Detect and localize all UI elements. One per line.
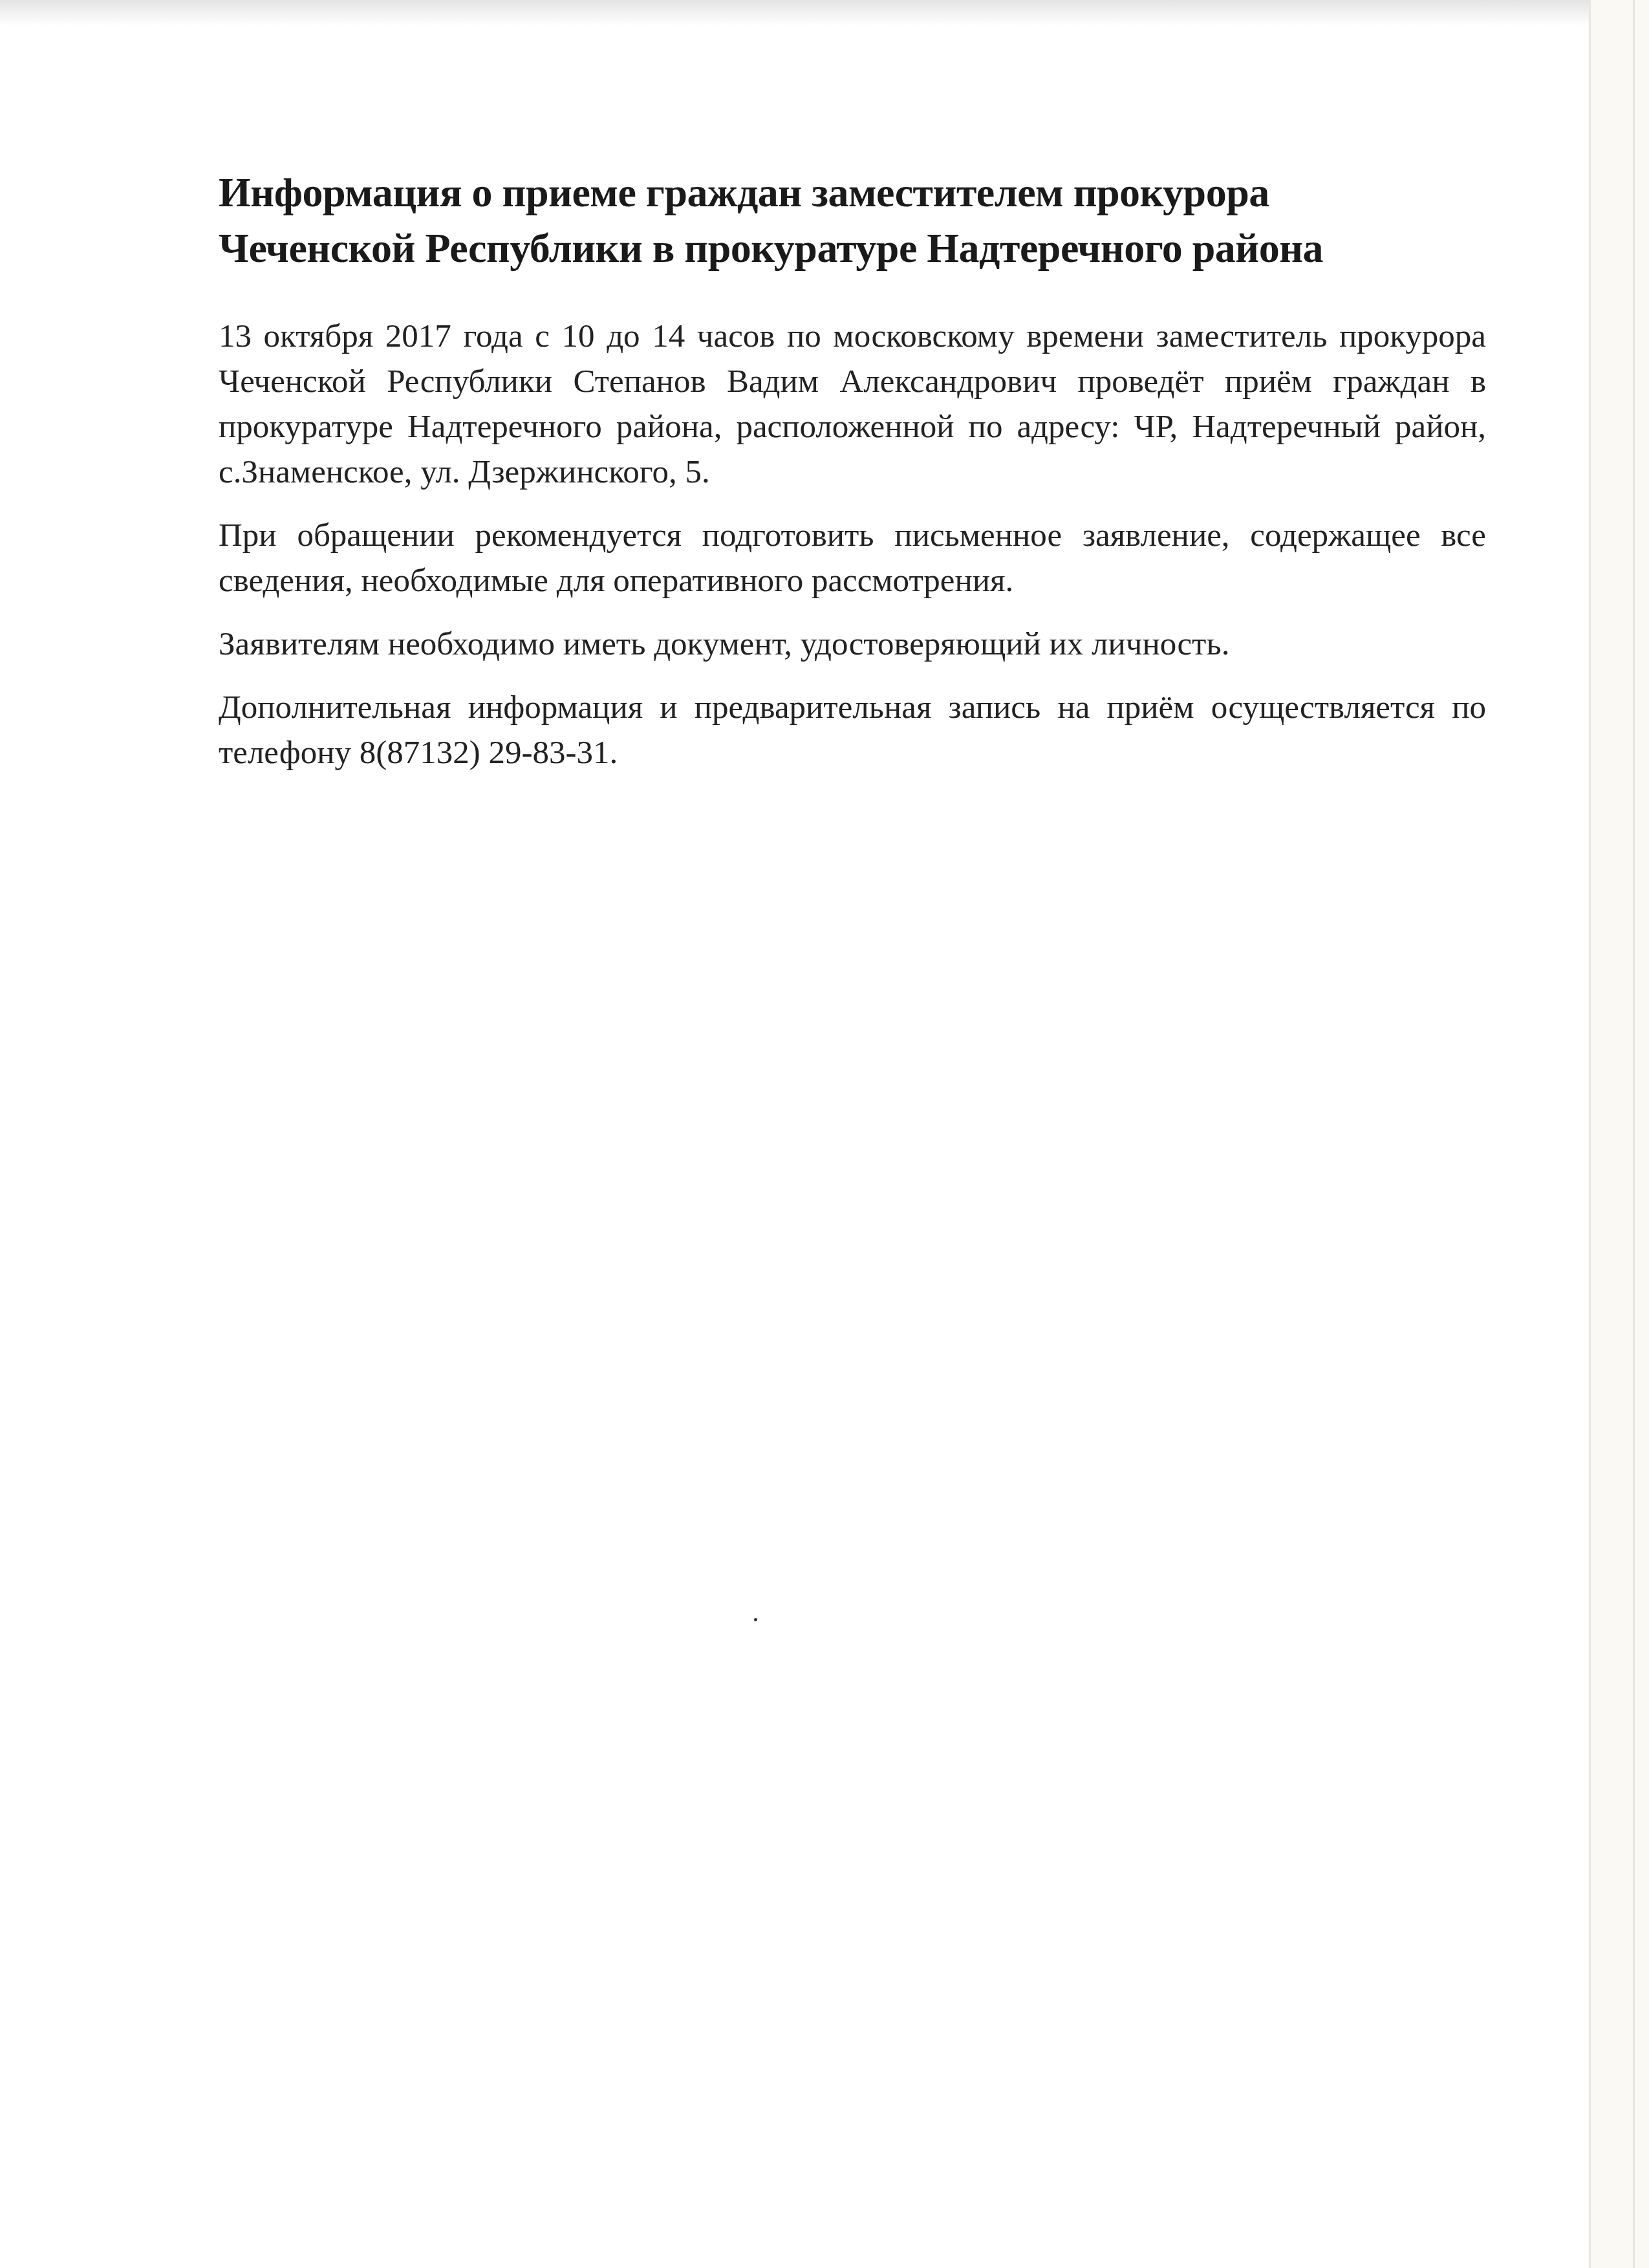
paragraph-identity-document: Заявителям необходимо иметь документ, уд… [219,621,1486,667]
paragraph-prepare-statement: При обращении рекомендуется подготовить … [219,513,1486,603]
document-title: Информация о приеме граждан заместителем… [219,165,1486,276]
scan-edge-line [1633,0,1635,2268]
scan-top-shadow [0,0,1591,26]
scan-right-margin [1589,0,1649,2268]
title-line-1: Информация о приеме граждан заместителем… [219,169,1269,215]
document-page: Информация о приеме граждан заместителем… [219,165,1486,794]
title-line-2: Чеченской Республики в прокуратуре Надте… [219,225,1323,271]
scan-speck [754,1618,757,1621]
paragraph-contact-phone: Дополнительная информация и предваритель… [219,685,1486,775]
paragraph-reception-details: 13 октября 2017 года с 10 до 14 часов по… [219,314,1486,495]
